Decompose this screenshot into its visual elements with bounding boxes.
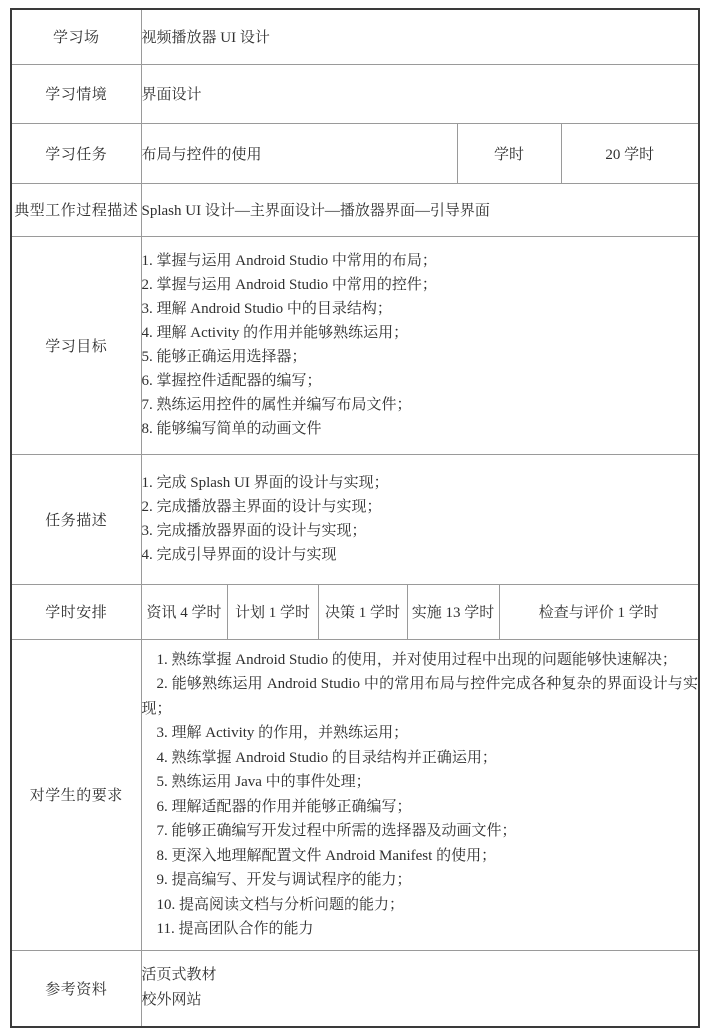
schedule-cell-decision: 决策 1 学时 [318,584,407,639]
requirement-item: 1. 熟练掌握 Android Studio 的使用，并对使用过程中出现的问题能… [142,648,699,673]
row-learning-field: 学习场 视频播放器 UI 设计 [11,9,699,64]
student-requirements-label: 对学生的要求 [11,639,141,950]
requirement-item: 2. 能够熟练运用 Android Studio 中的常用布局与控件完成各种复杂… [142,672,699,721]
requirement-item: 7. 能够正确编写开发过程中所需的选择器及动画文件； [142,819,699,844]
task-item: 3. 完成播放器界面的设计与实现； [142,519,699,543]
goal-item: 4. 理解 Activity 的作用并能够熟练运用； [142,321,699,345]
row-learning-situation: 学习情境 界面设计 [11,64,699,123]
learning-task-label: 学习任务 [11,123,141,183]
requirement-item: 9. 提高编写、开发与调试程序的能力； [142,868,699,893]
learning-field-label: 学习场 [11,9,141,64]
learning-goals-label: 学习目标 [11,236,141,454]
goal-item: 8. 能够编写简单的动画文件 [142,417,699,441]
learning-situation-value: 界面设计 [141,64,699,123]
row-work-process: 典型工作过程描述 Splash UI 设计—主界面设计—播放器界面—引导界面 [11,183,699,236]
hours-value: 20 学时 [561,123,699,183]
learning-task-value: 布局与控件的使用 [141,123,457,183]
goal-item: 5. 能够正确运用选择器； [142,345,699,369]
student-requirements-list: 1. 熟练掌握 Android Studio 的使用，并对使用过程中出现的问题能… [141,639,699,950]
references-label: 参考资料 [11,950,141,1027]
row-task-description: 任务描述 1. 完成 Splash UI 界面的设计与实现； 2. 完成播放器主… [11,454,699,584]
row-student-requirements: 对学生的要求 1. 熟练掌握 Android Studio 的使用，并对使用过程… [11,639,699,950]
row-learning-task: 学习任务 布局与控件的使用 学时 20 学时 [11,123,699,183]
row-references: 参考资料 活页式教材 校外网站 [11,950,699,1027]
goal-item: 3. 理解 Android Studio 中的目录结构； [142,297,699,321]
work-process-label: 典型工作过程描述 [11,183,141,236]
schedule-cell-info: 资讯 4 学时 [141,584,227,639]
work-process-value: Splash UI 设计—主界面设计—播放器界面—引导界面 [141,183,699,236]
hours-label: 学时 [457,123,561,183]
requirement-item: 8. 更深入地理解配置文件 Android Manifest 的使用； [142,844,699,869]
schedule-cell-plan: 计划 1 学时 [227,584,318,639]
requirement-item: 5. 熟练运用 Java 中的事件处理； [142,770,699,795]
learning-field-value: 视频播放器 UI 设计 [141,9,699,64]
schedule-cell-evaluation: 检查与评价 1 学时 [499,584,699,639]
learning-goals-list: 1. 掌握与运用 Android Studio 中常用的布局； 2. 掌握与运用… [141,236,699,454]
reference-line: 活页式教材 [142,963,699,988]
task-description-list: 1. 完成 Splash UI 界面的设计与实现； 2. 完成播放器主界面的设计… [141,454,699,584]
requirement-item: 6. 理解适配器的作用并能够正确编写； [142,795,699,820]
goal-item: 7. 熟练运用控件的属性并编写布局文件； [142,393,699,417]
task-description-label: 任务描述 [11,454,141,584]
goal-item: 1. 掌握与运用 Android Studio 中常用的布局； [142,249,699,273]
course-task-table: 学习场 视频播放器 UI 设计 学习情境 界面设计 学习任务 布局与控件的使用 … [10,8,700,1028]
references-list: 活页式教材 校外网站 [141,950,699,1027]
course-task-sheet: 学习场 视频播放器 UI 设计 学习情境 界面设计 学习任务 布局与控件的使用 … [10,8,698,1028]
goal-item: 6. 掌握控件适配器的编写； [142,369,699,393]
task-item: 4. 完成引导界面的设计与实现 [142,543,699,567]
hours-schedule-label: 学时安排 [11,584,141,639]
requirement-item: 3. 理解 Activity 的作用，并熟练运用； [142,721,699,746]
row-hours-schedule: 学时安排 资讯 4 学时 计划 1 学时 决策 1 学时 实施 13 学时 检查… [11,584,699,639]
goal-item: 2. 掌握与运用 Android Studio 中常用的控件； [142,273,699,297]
schedule-cell-implementation: 实施 13 学时 [407,584,499,639]
row-learning-goals: 学习目标 1. 掌握与运用 Android Studio 中常用的布局； 2. … [11,236,699,454]
requirement-item: 11. 提高团队合作的能力 [142,917,699,942]
learning-situation-label: 学习情境 [11,64,141,123]
requirement-item: 10. 提高阅读文档与分析问题的能力； [142,893,699,918]
task-item: 2. 完成播放器主界面的设计与实现； [142,495,699,519]
task-item: 1. 完成 Splash UI 界面的设计与实现； [142,471,699,495]
reference-line: 校外网站 [142,988,699,1013]
requirement-item: 4. 熟练掌握 Android Studio 的目录结构并正确运用； [142,746,699,771]
